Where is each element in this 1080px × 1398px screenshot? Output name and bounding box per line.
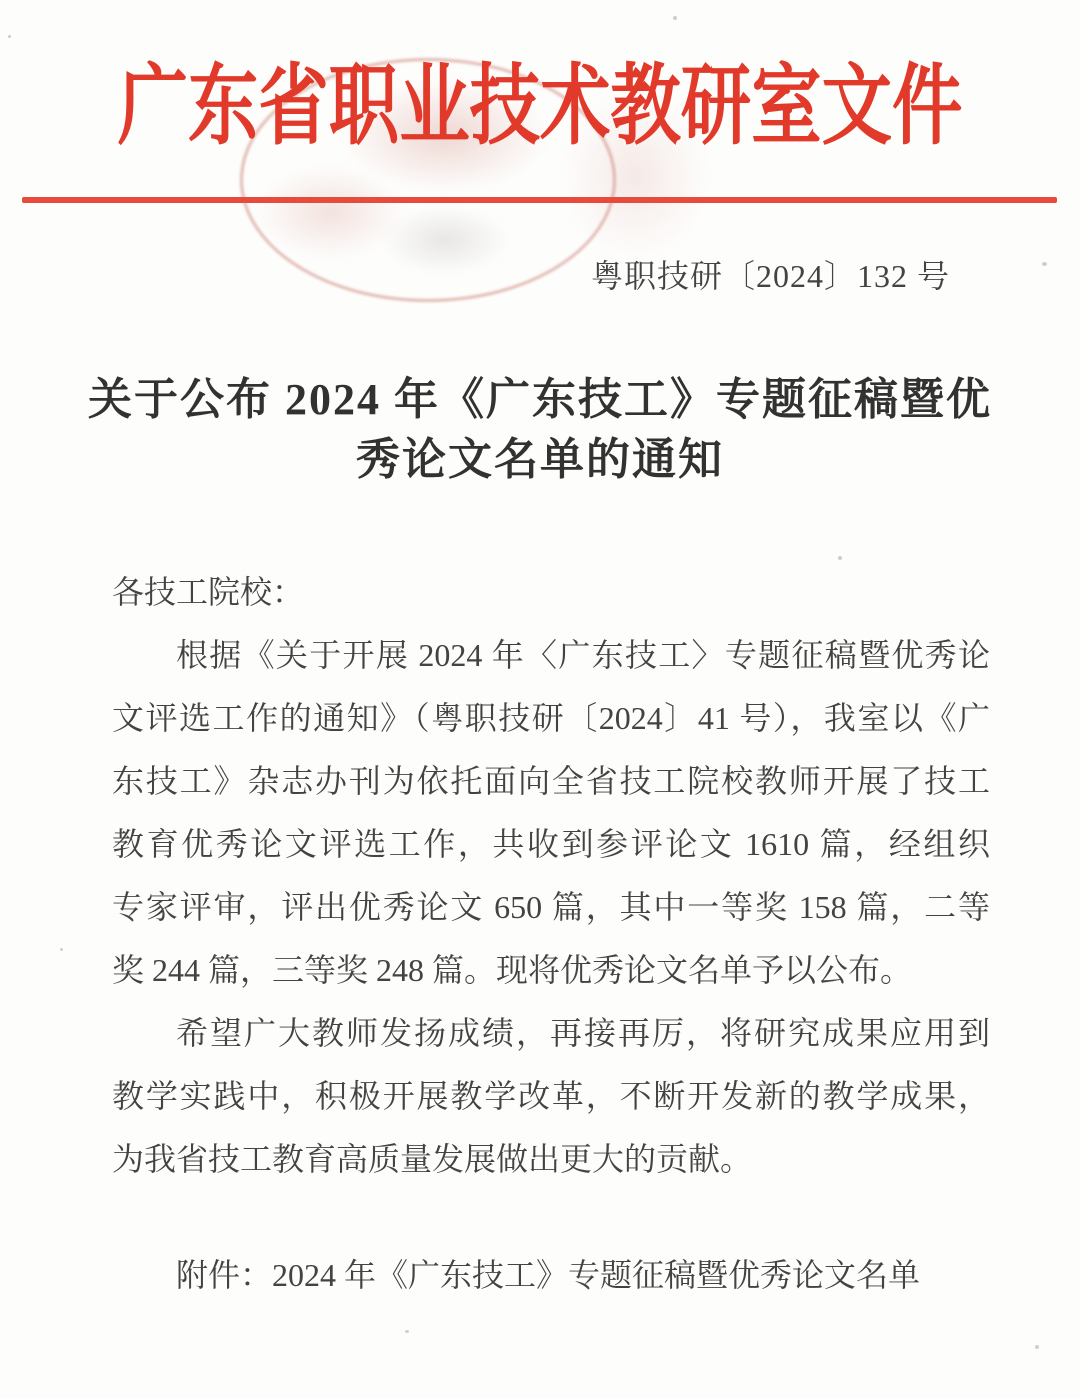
seal-smudge bbox=[380, 205, 510, 275]
document-number: 粤职技研〔2024〕132 号 bbox=[591, 254, 950, 298]
scan-noise-speck bbox=[838, 556, 842, 560]
document-body: 各技工院校： 根据《关于开展 2024 年〈广东技工〉专题征稿暨优秀论文评选工作… bbox=[112, 561, 990, 1191]
notice-title: 关于公布 2024 年《广东技工》专题征稿暨优 秀论文名单的通知 bbox=[0, 370, 1080, 490]
body-line: 为我省技工教育高质量发展做出更大的贡献。 bbox=[112, 1128, 990, 1191]
paragraphs: 根据《关于开展 2024 年〈广东技工〉专题征稿暨优秀论文评选工作的通知》（粤职… bbox=[112, 624, 990, 1191]
body-line: 文评选工作的通知》（粤职技研〔2024〕41 号），我室以《广 bbox=[112, 687, 990, 750]
scan-noise-speck bbox=[673, 16, 677, 20]
seal-smudge bbox=[255, 165, 405, 260]
notice-title-line2: 秀论文名单的通知 bbox=[0, 430, 1080, 490]
scan-noise-speck bbox=[60, 948, 63, 951]
body-line: 东技工》杂志办刊为依托面向全省技工院校教师开展了技工 bbox=[112, 750, 990, 813]
red-separator-rule bbox=[22, 197, 1057, 203]
notice-title-line1: 关于公布 2024 年《广东技工》专题征稿暨优 bbox=[0, 370, 1080, 430]
attachment-line: 附件：2024 年《广东技工》专题征稿暨优秀论文名单 bbox=[112, 1244, 990, 1307]
body-line: 希望广大教师发扬成绩，再接再厉，将研究成果应用到 bbox=[112, 1002, 990, 1065]
body-line: 教学实践中，积极开展教学改革，不断开发新的教学成果， bbox=[112, 1065, 990, 1128]
salutation-line: 各技工院校： bbox=[112, 561, 990, 624]
scan-noise-speck bbox=[405, 1330, 409, 1333]
body-line: 教育优秀论文评选工作，共收到参评论文 1610 篇，经组织 bbox=[112, 813, 990, 876]
body-line: 奖 244 篇，三等奖 248 篇。现将优秀论文名单予以公布。 bbox=[112, 939, 990, 1002]
scan-noise-speck bbox=[1035, 1345, 1039, 1349]
scan-noise-speck bbox=[8, 35, 11, 38]
document-page: 广东省职业技术教研室文件 粤职技研〔2024〕132 号 关于公布 2024 年… bbox=[0, 0, 1080, 1398]
scan-noise-speck bbox=[1042, 262, 1047, 266]
letterhead-title: 广东省职业技术教研室文件 bbox=[108, 64, 972, 152]
body-line: 根据《关于开展 2024 年〈广东技工〉专题征稿暨优秀论 bbox=[112, 624, 990, 687]
body-line: 专家评审，评出优秀论文 650 篇，其中一等奖 158 篇，二等 bbox=[112, 876, 990, 939]
